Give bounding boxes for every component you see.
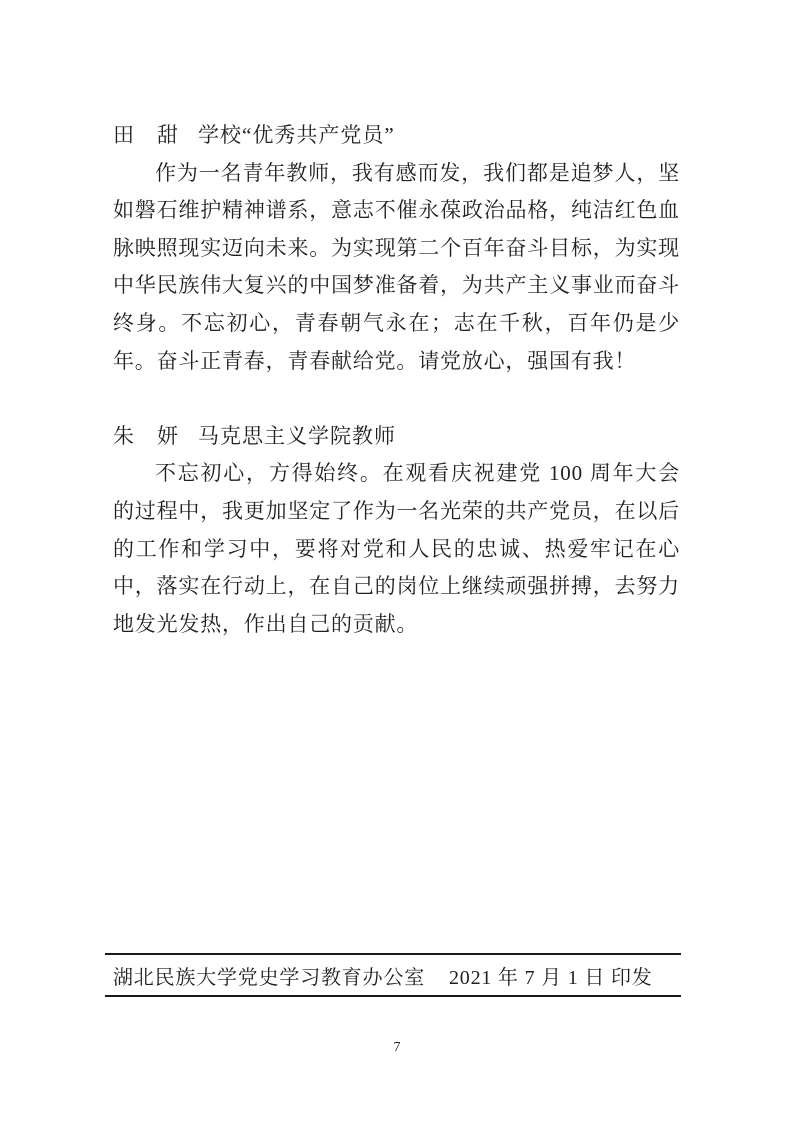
author-name: 朱 妍: [113, 424, 179, 448]
entry-heading: 田 甜学校“优秀共产党员”: [113, 117, 680, 155]
author-title: 学校“优秀共产党员”: [198, 123, 395, 147]
entry-heading: 朱 妍马克思主义学院教师: [113, 418, 680, 456]
testimonial-section-2: 朱 妍马克思主义学院教师 不忘初心，方得始终。在观看庆祝建党 100 周年大会的…: [113, 418, 680, 644]
document-content: 田 甜学校“优秀共产党员” 作为一名青年教师，我有感而发，我们都是追梦人，坚如磐…: [113, 117, 680, 643]
testimonial-section-1: 田 甜学校“优秀共产党员” 作为一名青年教师，我有感而发，我们都是追梦人，坚如磐…: [113, 117, 680, 380]
issue-footer: 湖北民族大学党史学习教育办公室 2021 年 7 月 1 日 印发: [105, 953, 681, 997]
entry-paragraph: 不忘初心，方得始终。在观看庆祝建党 100 周年大会的过程中，我更加坚定了作为一…: [113, 455, 680, 643]
issuer-name: 湖北民族大学党史学习教育办公室: [113, 961, 425, 990]
document-page: 田 甜学校“优秀共产党员” 作为一名青年教师，我有感而发，我们都是追梦人，坚如磐…: [0, 0, 794, 1123]
entry-paragraph: 作为一名青年教师，我有感而发，我们都是追梦人，坚如磐石维护精神谱系，意志不催永葆…: [113, 155, 680, 381]
page-number: 7: [0, 1040, 794, 1056]
issue-date: 2021 年 7 月 1 日 印发: [449, 961, 653, 990]
author-title: 马克思主义学院教师: [198, 424, 396, 448]
author-name: 田 甜: [113, 123, 179, 147]
